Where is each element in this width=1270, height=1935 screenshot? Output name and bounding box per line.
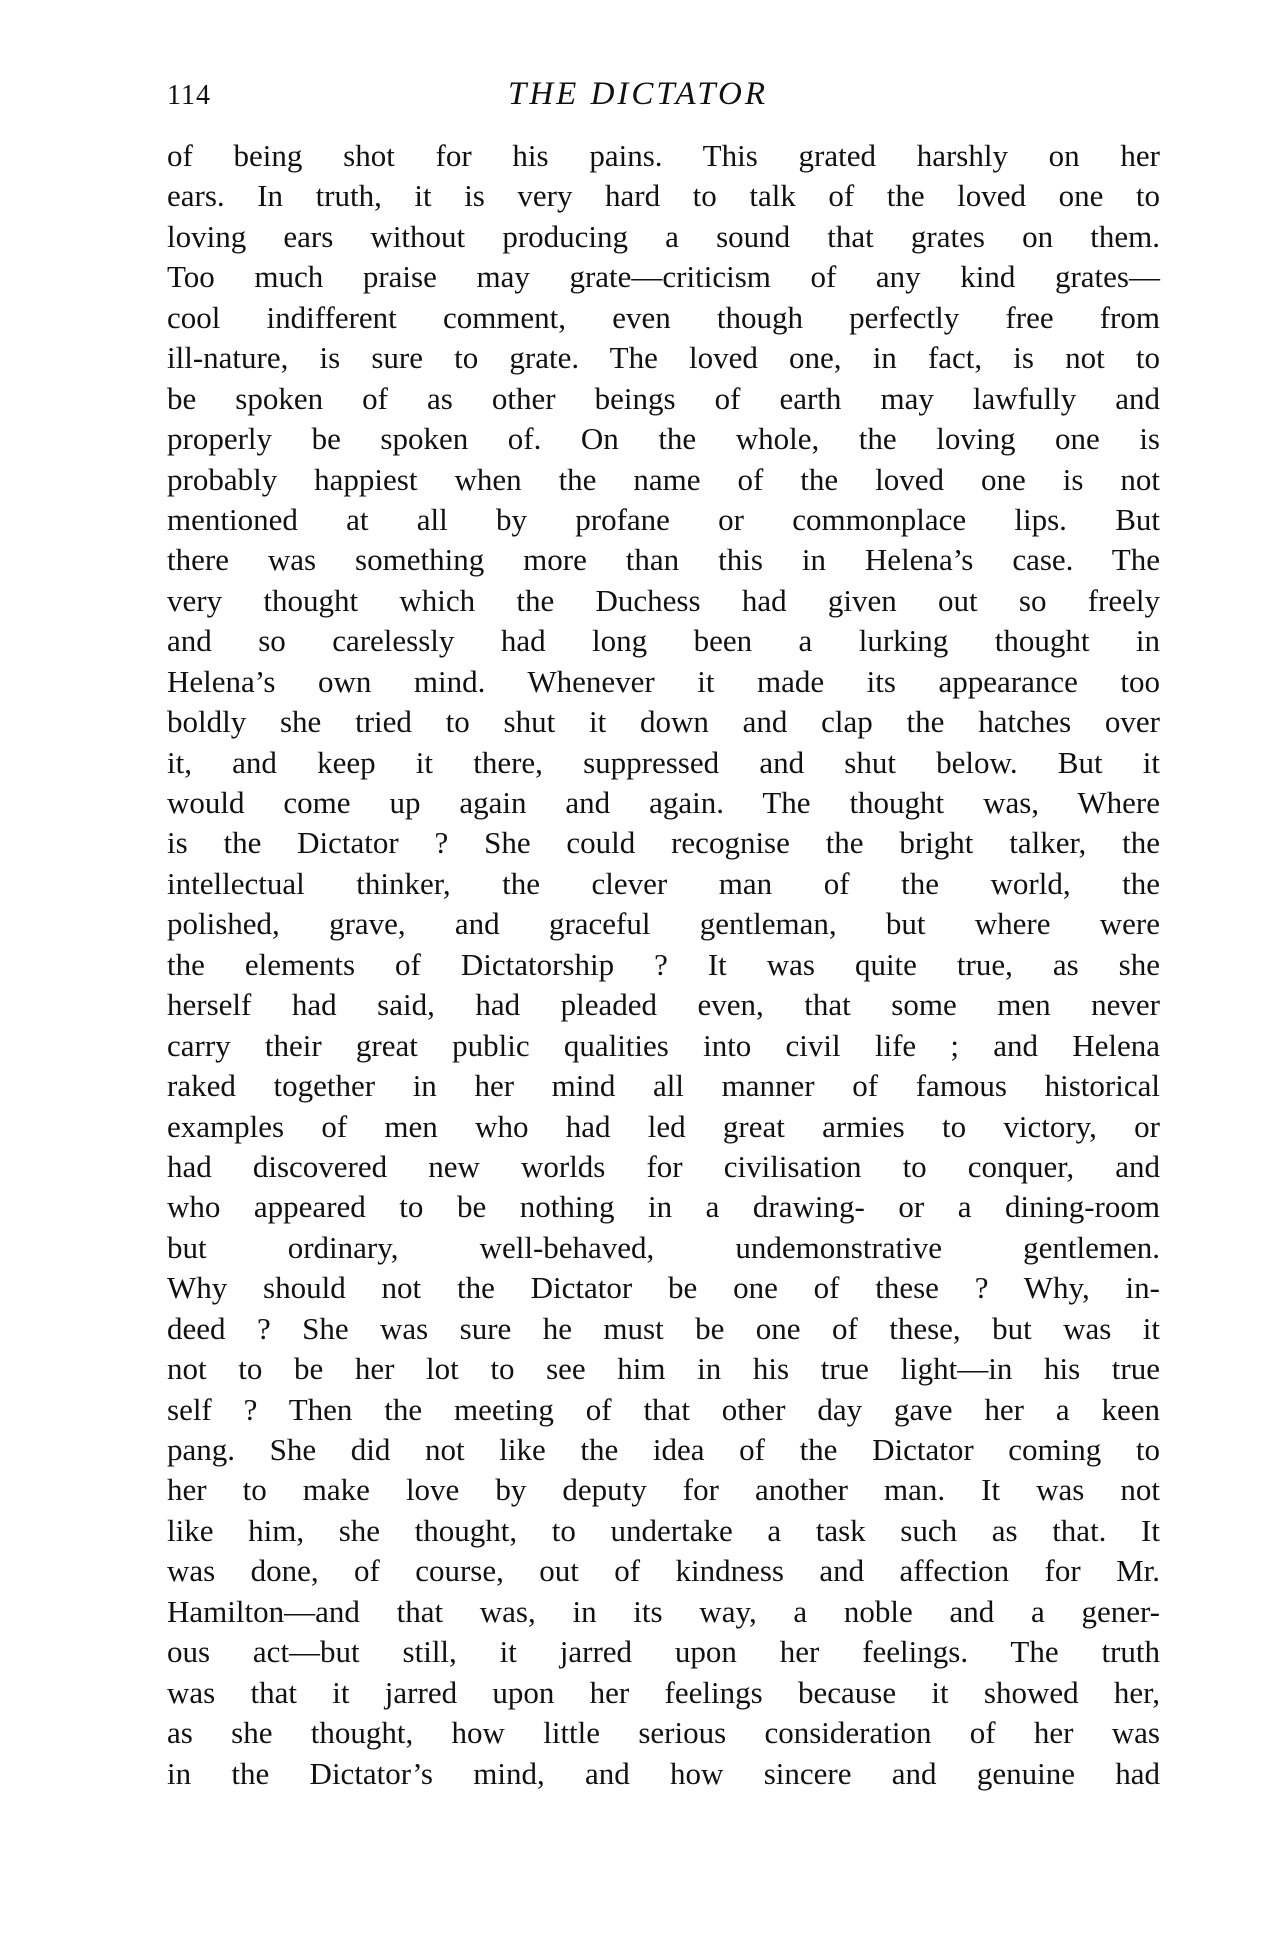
page-number: 114 (167, 78, 211, 114)
text-line: examples of men who had led great armies… (167, 1107, 1160, 1147)
text-line: it, and keep it there, suppressed and sh… (167, 743, 1160, 783)
text-line: but ordinary, well-behaved, undemonstrat… (167, 1228, 1160, 1268)
running-title: THE DICTATOR (508, 76, 768, 112)
text-line: cool indifferent comment, even though pe… (167, 298, 1160, 338)
text-line: who appeared to be nothing in a drawing-… (167, 1187, 1160, 1227)
text-line: deed ? She was sure he must be one of th… (167, 1309, 1160, 1349)
text-line: would come up again and again. The thoug… (167, 783, 1160, 823)
text-line: her to make love by deputy for another m… (167, 1470, 1160, 1510)
body-text: of being shot for his pains. This grated… (167, 136, 1160, 1794)
text-line: raked together in her mind all manner of… (167, 1066, 1160, 1106)
text-line: very thought which the Duchess had given… (167, 581, 1160, 621)
text-line: be spoken of as other beings of earth ma… (167, 379, 1160, 419)
text-line: intellectual thinker, the clever man of … (167, 864, 1160, 904)
text-line: ill-nature, is sure to grate. The loved … (167, 338, 1160, 378)
text-line: carry their great public qualities into … (167, 1026, 1160, 1066)
text-line: Helena’s own mind. Whenever it made its … (167, 662, 1160, 702)
text-line: Why should not the Dictator be one of th… (167, 1268, 1160, 1308)
text-line: had discovered new worlds for civilisati… (167, 1147, 1160, 1187)
text-line: in the Dictator’s mind, and how sincere … (167, 1754, 1160, 1794)
text-line: self ? Then the meeting of that other da… (167, 1390, 1160, 1430)
text-line: probably happiest when the name of the l… (167, 460, 1160, 500)
text-line: pang. She did not like the idea of the D… (167, 1430, 1160, 1470)
text-line: herself had said, had pleaded even, that… (167, 985, 1160, 1025)
text-line: mentioned at all by profane or commonpla… (167, 500, 1160, 540)
text-line: and so carelessly had long been a lurkin… (167, 621, 1160, 661)
text-line: not to be her lot to see him in his true… (167, 1349, 1160, 1389)
text-line: loving ears without producing a sound th… (167, 217, 1160, 257)
running-head: 114 THE DICTATOR (167, 78, 1160, 114)
text-line: like him, she thought, to undertake a ta… (167, 1511, 1160, 1551)
text-line: properly be spoken of. On the whole, the… (167, 419, 1160, 459)
text-line: Hamilton—and that was, in its way, a nob… (167, 1592, 1160, 1632)
text-line: the elements of Dictatorship ? It was qu… (167, 945, 1160, 985)
book-page: 114 THE DICTATOR of being shot for his p… (0, 0, 1270, 1935)
text-line: as she thought, how little serious consi… (167, 1713, 1160, 1753)
text-line: ous act—but still, it jarred upon her fe… (167, 1632, 1160, 1672)
text-line: of being shot for his pains. This grated… (167, 136, 1160, 176)
text-line: there was something more than this in He… (167, 540, 1160, 580)
text-line: is the Dictator ? She could recognise th… (167, 823, 1160, 863)
text-line: Too much praise may grate—criticism of a… (167, 257, 1160, 297)
text-line: was that it jarred upon her feelings bec… (167, 1673, 1160, 1713)
text-line: boldly she tried to shut it down and cla… (167, 702, 1160, 742)
text-line: was done, of course, out of kindness and… (167, 1551, 1160, 1591)
text-line: ears. In truth, it is very hard to talk … (167, 176, 1160, 216)
text-line: polished, grave, and graceful gentleman,… (167, 904, 1160, 944)
